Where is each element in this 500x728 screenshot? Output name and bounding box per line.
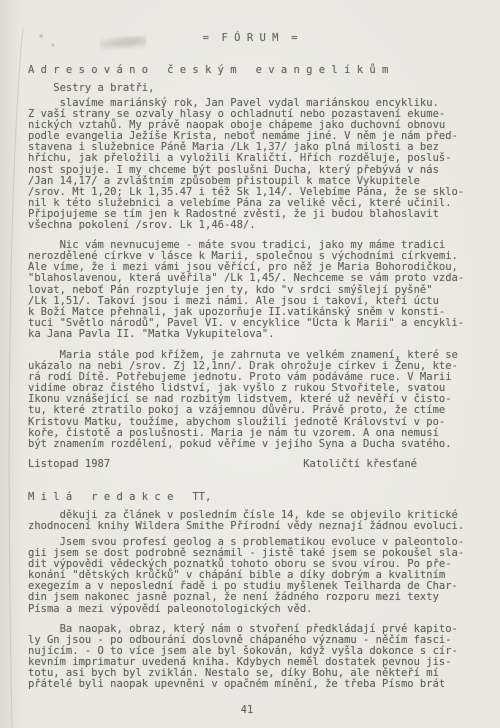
letter1-salutation: Sestry a bratři, (28, 82, 472, 94)
letter1-date: Listopad 1987 (28, 458, 110, 470)
letter1-paragraph-1: slavíme mariánský rok, Jan Pavel vydal m… (28, 98, 472, 231)
page-number: 41 (28, 704, 472, 716)
letter1-signature: Katoličtí křesťané (303, 458, 417, 470)
letter1-paragraph-3: Maria stále pod křížem, je zahrnuta ve v… (28, 350, 472, 450)
paper-page: = F Ó R U M = A d r e s o v á n o č e s … (0, 0, 500, 728)
letter1-paragraph-2: Nic vám nevnucujeme - máte svou tradici,… (28, 240, 472, 340)
masthead-title: = F Ó R U M = (28, 32, 472, 44)
letter2-paragraph-3: Ba naopak, obraz, který nám o stvoření p… (28, 624, 472, 691)
letter2-paragraph-2: Jsem svou profesí geolog a s problematik… (28, 537, 472, 615)
letter2-paragraph-1: děkuji za článek v posledním čísle 14, k… (28, 510, 472, 532)
letter1-heading: A d r e s o v á n o č e s k ý m e v a n … (28, 64, 472, 76)
letter2-heading: M i l á r e d a k c e TT, (28, 491, 472, 503)
letter1-dateline: Listopad 1987 Katoličtí křesťané (28, 458, 472, 470)
